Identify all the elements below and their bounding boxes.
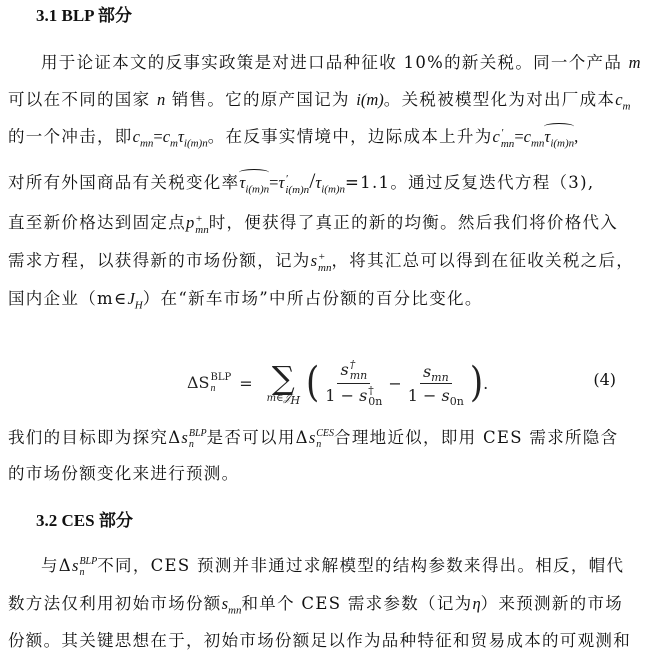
text: 时，便获得了真正的新的均衡。然后我们将价格代入: [209, 213, 618, 232]
math-s-ces: sCESn: [309, 428, 334, 447]
math-cprime-eq: c′mn=cmnτi(m)n: [493, 127, 575, 146]
text: 。在反事实情境中，边际成本上升为: [208, 127, 493, 146]
math-s-blp: sBLPn: [72, 556, 97, 575]
math-JH: JH: [127, 289, 142, 308]
math-s-dagger: s+mn: [311, 251, 332, 270]
math-tau-ratio: τi(m)n=τ′i(m)n/τi(m)n: [239, 173, 345, 192]
paragraph-line: 数方法仅利用初始市场份额smn和单个 CES 需求参数（记为η）来预测新的市场: [8, 593, 623, 615]
math-im: i(m): [356, 90, 384, 109]
math-s-blp: sBLPn: [181, 428, 206, 447]
text: 不同，CES 预测并非通过求解模型的结构参数来得出。相反，帽代: [97, 556, 624, 575]
paragraph-line: 可以在不同的国家 n 销售。它的原产国记为 i(m)。关税被模型化为对出厂成本c…: [8, 89, 630, 111]
paragraph-line: 国内企业（m∈JH）在“新车市场”中所占份额的百分比变化。: [8, 288, 483, 310]
fraction-old: smn1 − s0n: [408, 362, 464, 405]
text: 销售。它的原产国记为: [165, 90, 356, 109]
text: 的一个冲击，即: [8, 127, 133, 146]
math-eta: η: [472, 594, 480, 613]
paragraph-line: 直至新价格达到固定点p+mn时，便获得了真正的新的均衡。然后我们将价格代入: [8, 212, 618, 235]
text: 直至新价格达到固定点: [8, 213, 186, 232]
eq-sign: =: [239, 374, 252, 393]
paragraph-line: 对所有外国商品有关税变化率τi(m)n=τ′i(m)n/τi(m)n=1.1。通…: [8, 170, 594, 195]
heading-3-1: 3.1 BLP 部分: [36, 5, 132, 27]
paragraph-line: 的一个冲击，即cmn=cmτi(m)n。在反事实情境中，边际成本上升为c′mn=…: [8, 126, 578, 149]
eq-lhs: ΔSBLPn: [187, 373, 231, 394]
equation-4: ΔSBLPn = ∑m∈𝒥H ( s†mn1 − s†0n − smn1 − s…: [187, 358, 488, 408]
math-cmn-eq: cmn=cmτi(m)n: [133, 127, 208, 146]
math-cm: cm: [615, 90, 630, 109]
text: ）在“新车市场”中所占份额的百分比变化。: [143, 289, 483, 308]
text: ，将其汇总可以得到在征收关税之后，: [331, 251, 634, 270]
paragraph-line: 我们的目标即为探究ΔsBLPn是否可以用ΔsCESn合理地近似，即用 CES 需…: [8, 427, 618, 450]
text: 与Δ: [41, 556, 72, 575]
text: =1.1。通过反复迭代方程（3),: [345, 173, 594, 192]
text: 。关税被模型化为对出厂成本: [384, 90, 615, 109]
text: ）来预测新的市场: [481, 594, 623, 613]
text: 对所有外国商品有关税变化率: [8, 173, 239, 192]
text: 合理地近似，即用 CES 需求所隐含: [334, 428, 618, 447]
text: 需求方程，以获得新的市场份额，记为: [8, 251, 311, 270]
paragraph-line: 需求方程，以获得新的市场份额，记为s+mn，将其汇总可以得到在征收关税之后，: [8, 250, 634, 273]
paragraph-line: 与ΔsBLPn不同，CES 预测并非通过求解模型的结构参数来得出。相反，帽代: [41, 555, 624, 578]
summation: ∑m∈𝒥H: [267, 363, 300, 404]
text: 我们的目标即为探究Δ: [8, 428, 181, 447]
paragraph-line: 份额。其关键思想在于，初始市场份额足以作为品种特征和贸易成本的可观测和: [8, 630, 631, 652]
math-smn: smn: [222, 594, 242, 613]
text: 可以在不同的国家: [8, 90, 157, 109]
text: 和单个 CES 需求参数（记为: [241, 594, 472, 613]
text: 国内企业（m∈: [8, 289, 127, 308]
math-m: m: [629, 53, 641, 72]
paragraph-line: 的市场份额变化来进行预测。: [8, 463, 239, 485]
text: 是否可以用Δ: [207, 428, 309, 447]
heading-3-2: 3.2 CES 部分: [36, 510, 133, 532]
text: 数方法仅利用初始市场份额: [8, 594, 222, 613]
text: 用于论证本文的反事实政策是对进口品种征收 10%的新关税。同一个产品: [41, 53, 629, 72]
math-n: n: [157, 90, 165, 109]
paragraph-line: 用于论证本文的反事实政策是对进口品种征收 10%的新关税。同一个产品 m: [41, 52, 641, 74]
fraction-new: s†mn1 − s†0n: [325, 360, 382, 407]
math-p-dagger: p+mn: [186, 213, 209, 232]
equation-number: (4): [593, 370, 616, 389]
